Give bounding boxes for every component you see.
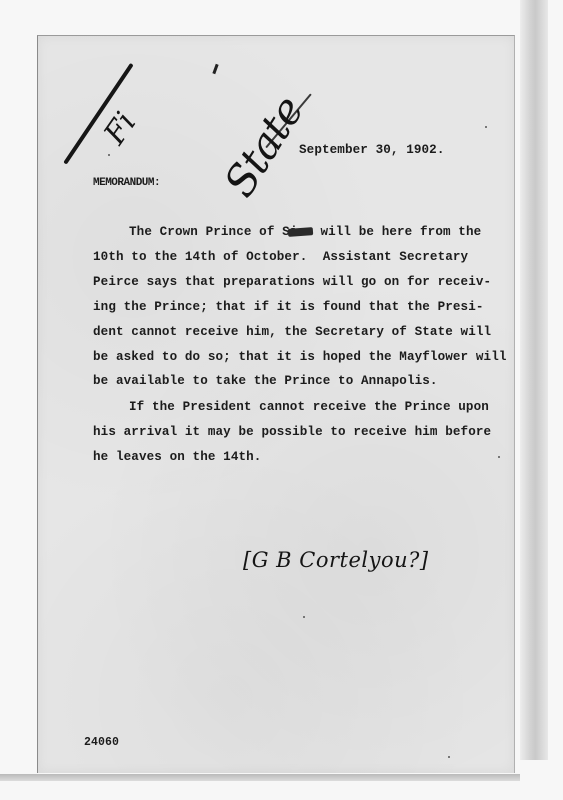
body-line-2: 10th to the 14th of October. Assistant S…	[93, 251, 468, 264]
handwritten-tick-mark	[212, 64, 218, 74]
body-line-4: ing the Prince; that if it is found that…	[93, 301, 484, 314]
body-line-3: Peirce says that preparations will go on…	[93, 276, 491, 289]
scan-speck	[485, 126, 487, 128]
scan-speck	[108, 154, 110, 156]
memo-date: September 30, 1902.	[299, 144, 445, 157]
handwritten-signature: [G B Cortelyou?]	[243, 548, 429, 572]
struck-word: Siam	[282, 226, 313, 239]
scan-background: Fi State September 30, 1902. MEMORANDUM:…	[0, 0, 563, 800]
body-line-9: his arrival it may be possible to receiv…	[93, 426, 491, 439]
line-text: The Crown Prince of	[129, 225, 282, 239]
body-line-1: The Crown Prince of Siam will be here fr…	[129, 226, 481, 239]
scan-speck	[448, 756, 450, 758]
body-line-7: be available to take the Prince to Annap…	[93, 375, 438, 388]
handwritten-file-note: Fi	[97, 106, 143, 151]
memo-heading: MEMORANDUM:	[93, 178, 160, 189]
document-number: 24060	[84, 737, 119, 749]
line-text: will be here from the	[313, 225, 481, 239]
body-line-10: he leaves on the 14th.	[93, 451, 261, 464]
body-line-6: be asked to do so; that it is hoped the …	[93, 351, 507, 364]
page-bottom-edge	[0, 774, 520, 781]
scan-speck	[498, 456, 500, 458]
body-line-5: dent cannot receive him, the Secretary o…	[93, 326, 491, 339]
scan-speck	[303, 616, 305, 618]
memo-page: Fi State September 30, 1902. MEMORANDUM:…	[37, 35, 515, 773]
adjacent-page-shadow	[520, 0, 548, 760]
body-line-8: If the President cannot receive the Prin…	[129, 401, 489, 414]
